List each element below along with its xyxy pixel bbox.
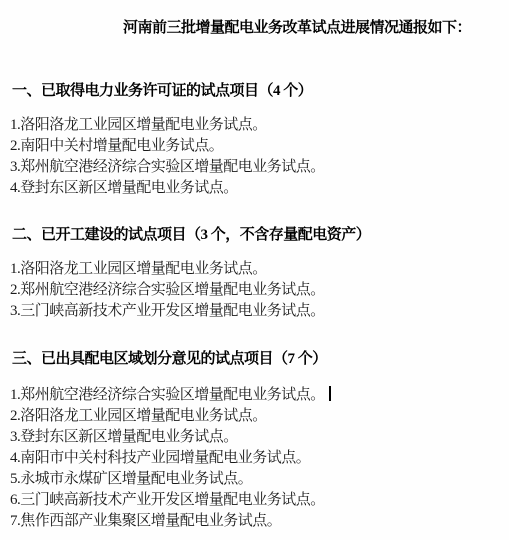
list-item: 3.三门峡高新技术产业开发区增量配电业务试点。	[10, 301, 325, 322]
text-cursor	[329, 386, 331, 401]
section-1-list: 1.洛阳洛龙工业园区增量配电业务试点。 2.南阳中关村增量配电业务试点。 3.郑…	[10, 115, 325, 199]
list-item: 1.洛阳洛龙工业园区增量配电业务试点。	[10, 115, 325, 136]
list-item: 2.郑州航空港经济综合实验区增量配电业务试点。	[10, 280, 325, 301]
list-item: 2.洛阳洛龙工业园区增量配电业务试点。	[10, 406, 331, 427]
list-item: 1.洛阳洛龙工业园区增量配电业务试点。	[10, 259, 325, 280]
section-2-heading: 二、已开工建设的试点项目（3 个，不含存量配电资产）	[12, 223, 370, 244]
document-title: 河南前三批增量配电业务改革试点进展情况通报如下：	[123, 16, 471, 37]
list-item: 3.登封东区新区增量配电业务试点。	[10, 427, 331, 448]
list-item: 6.三门峡高新技术产业开发区增量配电业务试点。	[10, 490, 331, 511]
section-1-heading: 一、已取得电力业务许可证的试点项目（4 个）	[12, 79, 312, 100]
list-item: 7.焦作西部产业集聚区增量配电业务试点。	[10, 511, 331, 532]
list-item: 4.登封东区新区增量配电业务试点。	[10, 178, 325, 199]
list-item: 2.南阳中关村增量配电业务试点。	[10, 136, 325, 157]
list-item-text: 1.郑州航空港经济综合实验区增量配电业务试点。	[10, 387, 325, 403]
document-page[interactable]: 河南前三批增量配电业务改革试点进展情况通报如下： 一、已取得电力业务许可证的试点…	[0, 0, 509, 540]
list-item: 3.郑州航空港经济综合实验区增量配电业务试点。	[10, 157, 325, 178]
section-3-heading: 三、已出具配电区域划分意见的试点项目（7 个）	[12, 347, 327, 368]
section-2-list: 1.洛阳洛龙工业园区增量配电业务试点。 2.郑州航空港经济综合实验区增量配电业务…	[10, 259, 325, 322]
list-item: 5.永城市永煤矿区增量配电业务试点。	[10, 469, 331, 490]
list-item: 1.郑州航空港经济综合实验区增量配电业务试点。	[10, 385, 331, 406]
section-3-list: 1.郑州航空港经济综合实验区增量配电业务试点。 2.洛阳洛龙工业园区增量配电业务…	[10, 385, 331, 532]
list-item: 4.南阳市中关村科技产业园增量配电业务试点。	[10, 448, 331, 469]
